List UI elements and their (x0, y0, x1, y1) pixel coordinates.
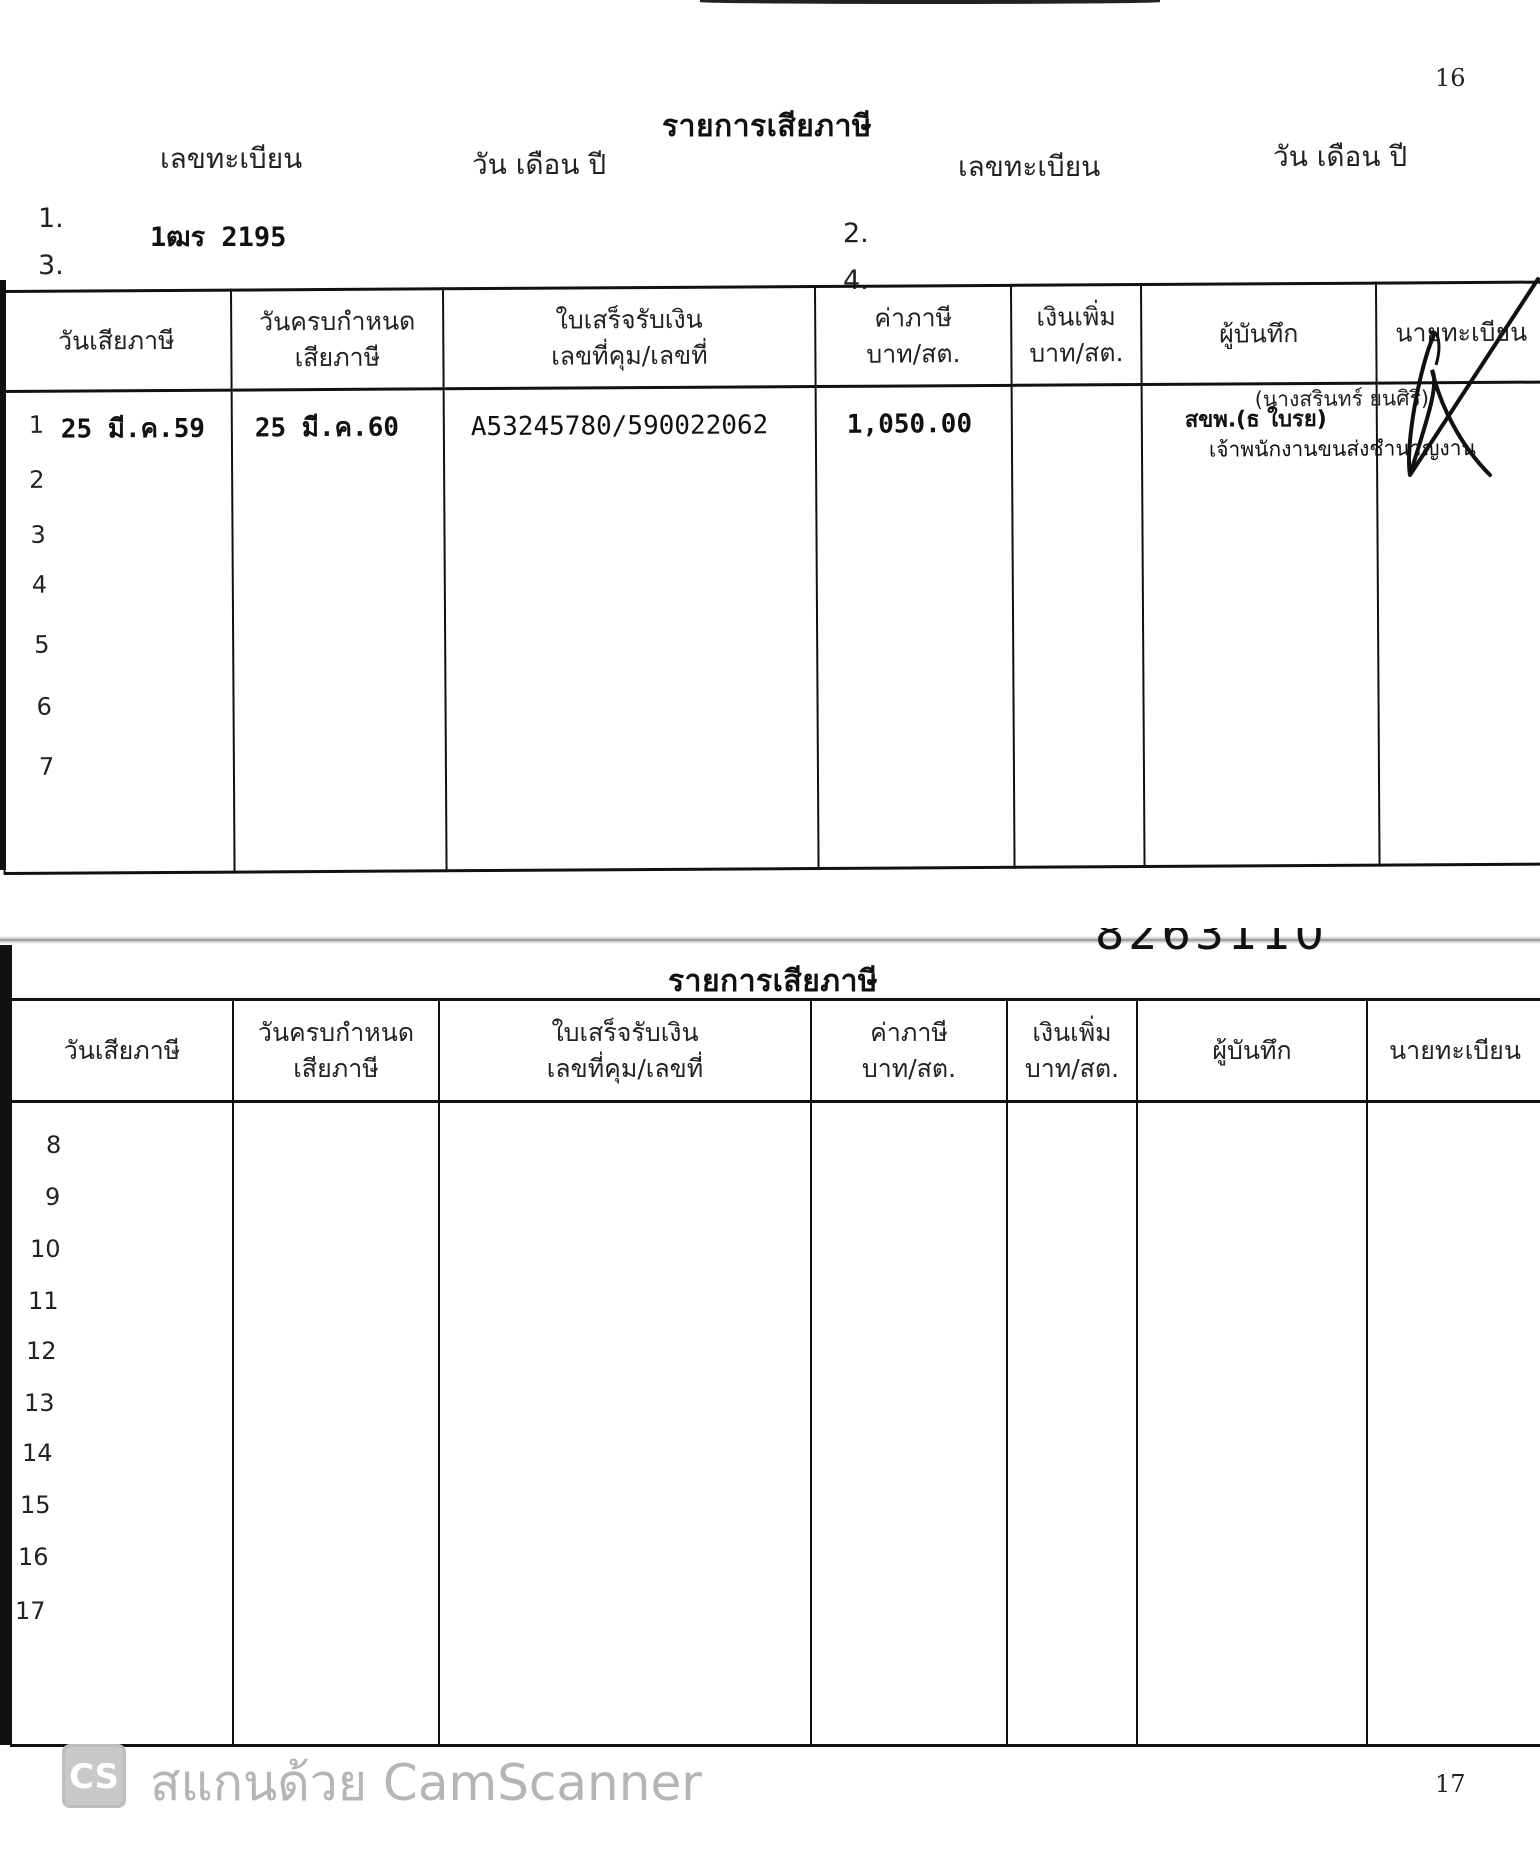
col-due-date: 25 มี.ค.60 (232, 389, 447, 872)
header-tax-amount: ค่าภาษีบาท/สต. (815, 285, 1012, 386)
page-number-top: 16 (1435, 64, 1466, 92)
col-tax-amount: 1,050.00 (816, 385, 1015, 868)
header-surcharge: เงินเพิ่มบาท/สต. (1011, 285, 1142, 386)
date-label-right: วัน เดือน ปี (1273, 135, 1407, 179)
col-registrar (1367, 1102, 1540, 1746)
row-number: 12 (26, 1337, 57, 1365)
col-receipt (439, 1102, 811, 1746)
reg-entry-2-num: 2. (843, 218, 869, 249)
col-surcharge (1007, 1102, 1137, 1746)
col-tax-date: 1 25 มี.ค.59 2 3 4 5 6 7 (2, 390, 235, 873)
col-tax-amount (811, 1102, 1007, 1746)
date-label-left: วัน เดือน ปี (472, 143, 606, 187)
page-number-bottom: 17 (1435, 1770, 1466, 1798)
header-receipt: ใบเสร็จรับเงินเลขที่คุม/เลขที่ (443, 287, 816, 389)
row-number: 14 (22, 1439, 53, 1467)
recorder-stamp: สขพ.(ธ ใบรย) (1185, 401, 1327, 437)
row-number: 17 (15, 1597, 46, 1625)
row-number: 15 (20, 1491, 51, 1519)
page-top-edge (700, 0, 1160, 4)
registrar-signature-icon (1380, 275, 1540, 490)
row-number: 11 (28, 1287, 59, 1315)
header-tax-date: วันเสียภาษี (1, 290, 232, 391)
row-number: 1 (29, 411, 44, 439)
reg-label-left: เลขทะเบียน (160, 137, 302, 181)
row-number: 13 (24, 1389, 55, 1417)
serial-number-cut: 8263110 (1095, 928, 1328, 956)
tax-payment-table-top: วันเสียภาษี วันครบกำหนดเสียภาษี ใบเสร็จร… (0, 281, 1540, 875)
row-number: 16 (18, 1543, 49, 1571)
row-number: 10 (30, 1235, 61, 1263)
header-due-date: วันครบกำหนดเสียภาษี (233, 1000, 439, 1102)
row-number: 4 (32, 571, 47, 599)
row-number: 3 (30, 521, 45, 549)
header-tax-date: วันเสียภาษี (11, 1000, 233, 1102)
header-receipt: ใบเสร็จรับเงินเลขที่คุม/เลขที่ (439, 1000, 811, 1102)
col-surcharge (1012, 385, 1145, 868)
col-due-date (233, 1102, 439, 1746)
row-number: 6 (36, 693, 51, 721)
row-number: 9 (45, 1183, 60, 1211)
row-number: 5 (34, 631, 49, 659)
camscanner-logo-icon: CS (62, 1744, 126, 1808)
header-surcharge: เงินเพิ่มบาท/สต. (1007, 1000, 1137, 1102)
row-number: 7 (39, 753, 54, 781)
reg-entry-1-num: 1. (38, 203, 64, 234)
header-tax-amount: ค่าภาษีบาท/สต. (811, 1000, 1007, 1102)
row-number: 2 (29, 466, 44, 494)
tax-payment-table-bottom: วันเสียภาษี วันครบกำหนดเสียภาษี ใบเสร็จร… (10, 998, 1540, 1747)
header-recorder: ผู้บันทึก (1141, 283, 1377, 384)
tax-amount-value: 1,050.00 (847, 409, 972, 440)
due-date-value: 25 มี.ค.60 (255, 407, 399, 449)
page-title-top: รายการเสียภาษี (662, 103, 872, 150)
col-tax-date: 8 9 10 11 12 13 14 15 16 17 (11, 1102, 233, 1746)
header-recorder: ผู้บันทึก (1137, 1000, 1367, 1102)
col-recorder: (นางสรินทร์ ยนศิริ) สขพ.(ธ ใบรย) เจ้าพนั… (1142, 383, 1380, 866)
col-receipt: A53245780/590022062 (444, 387, 819, 871)
header-registrar: นายทะเบียน (1367, 1000, 1540, 1102)
receipt-value: A53245780/590022062 (471, 410, 769, 442)
reg-entry-3-num: 3. (38, 250, 64, 281)
col-recorder (1137, 1102, 1367, 1746)
row-number: 8 (46, 1131, 61, 1159)
reg-entry-1-value: 1ฒร 2195 (150, 215, 286, 258)
reg-label-right: เลขทะเบียน (958, 145, 1100, 189)
camscanner-watermark: สแกนด้วย CamScanner (150, 1744, 702, 1823)
header-due-date: วันครบกำหนดเสียภาษี (231, 289, 444, 390)
tax-date-value: 25 มี.ค.59 (61, 408, 205, 450)
